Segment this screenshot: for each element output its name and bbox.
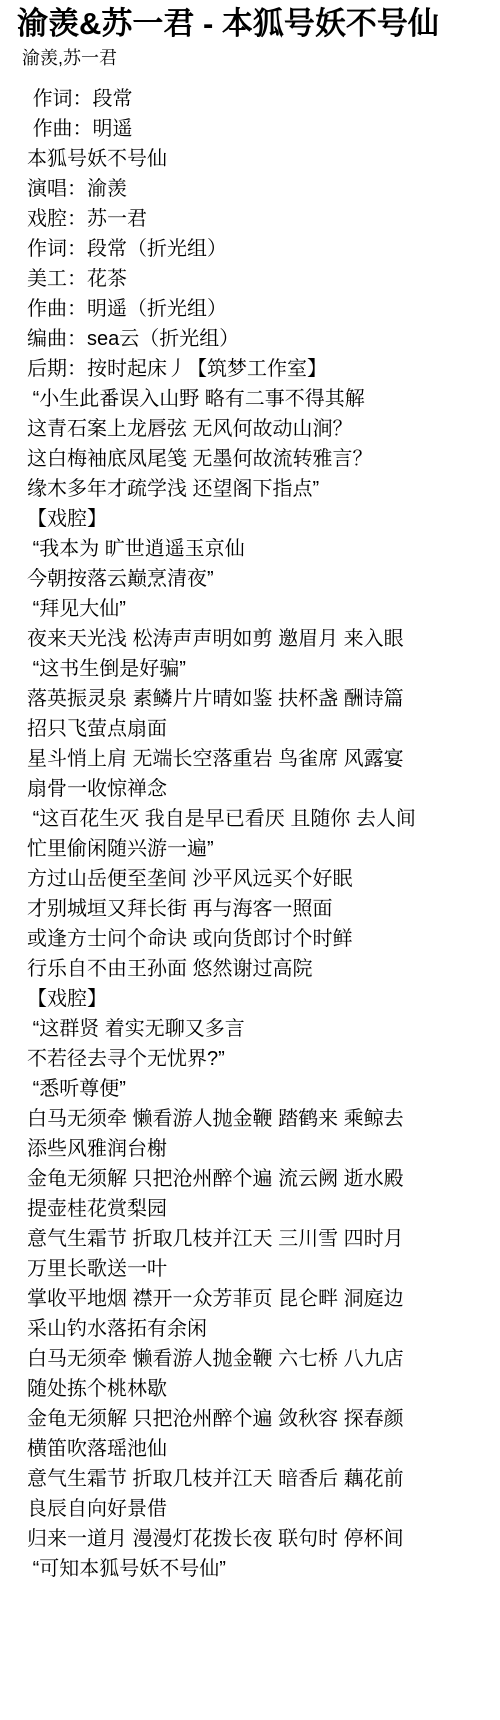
lyric-line: 【戏腔】 bbox=[27, 504, 496, 534]
lyric-line: 白马无须牵 懒看游人抛金鞭 踏鹤来 乘鲸去 bbox=[27, 1104, 496, 1134]
lyric-line: 作曲：明遥（折光组） bbox=[27, 294, 496, 324]
lyric-line: 编曲：sea云（折光组） bbox=[27, 324, 496, 354]
lyric-line: 落英振灵泉 素鳞片片晴如鉴 扶杯盏 酬诗篇 bbox=[27, 684, 496, 714]
lyric-line: 金龟无须解 只把沧州醉个遍 敛秋容 探春颜 bbox=[27, 1404, 496, 1434]
lyric-line: 金龟无须解 只把沧州醉个遍 流云阙 逝水殿 bbox=[27, 1164, 496, 1194]
lyric-line: 白马无须牵 懒看游人抛金鞭 六七桥 八九店 bbox=[27, 1344, 496, 1374]
lyric-line: 忙里偷闲随兴游一遍” bbox=[27, 834, 496, 864]
lyric-line: “可知本狐号妖不号仙” bbox=[27, 1554, 496, 1584]
lyric-line: 方过山岳便至垄间 沙平风远买个好眠 bbox=[27, 864, 496, 894]
lyric-line: “小生此番误入山野 略有二事不得其解 bbox=[27, 384, 496, 414]
lyric-line: 本狐号妖不号仙 bbox=[27, 144, 496, 174]
lyric-line: 这青石案上龙唇弦 无风何故动山涧？ bbox=[27, 414, 496, 444]
lyric-line: 或逢方士问个命诀 或向货郎讨个时鲜 bbox=[27, 924, 496, 954]
lyric-line: 行乐自不由王孙面 悠然谢过高院 bbox=[27, 954, 496, 984]
lyric-line: 【戏腔】 bbox=[27, 984, 496, 1014]
lyric-line: 戏腔：苏一君 bbox=[27, 204, 496, 234]
lyric-line: “这书生倒是好骗” bbox=[27, 654, 496, 684]
lyric-line: 作词：段常 bbox=[27, 84, 496, 114]
lyric-line: 扇骨一收惊禅念 bbox=[27, 774, 496, 804]
lyric-line: “拜见大仙” bbox=[27, 594, 496, 624]
lyric-line: 万里长歌送一叶 bbox=[27, 1254, 496, 1284]
lyric-line: “这百花生灭 我自是早已看厌 且随你 去人间 bbox=[27, 804, 496, 834]
lyric-line: 良辰自向好景借 bbox=[27, 1494, 496, 1524]
lyric-line: 提壶桂花赏梨园 bbox=[27, 1194, 496, 1224]
lyric-line: 添些风雅润台榭 bbox=[27, 1134, 496, 1164]
lyric-line: 归来一道月 漫漫灯花拨长夜 联句时 停杯间 bbox=[27, 1524, 496, 1554]
lyric-line: 才别城垣又拜长街 再与海客一照面 bbox=[27, 894, 496, 924]
lyric-line: 星斗悄上肩 无端长空落重岩 鸟雀席 风露宴 bbox=[27, 744, 496, 774]
lyric-line: 作词：段常（折光组） bbox=[27, 234, 496, 264]
lyric-line: 招只飞萤点扇面 bbox=[27, 714, 496, 744]
lyric-line: 采山钓水落拓有余闲 bbox=[27, 1314, 496, 1344]
lyric-line: 不若径去寻个无忧界?” bbox=[27, 1044, 496, 1074]
lyric-line: 意气生霜节 折取几枝并江天 三川雪 四时月 bbox=[27, 1224, 496, 1254]
lyric-line: 夜来天光浅 松涛声声明如剪 邀眉月 来入眼 bbox=[27, 624, 496, 654]
lyric-line: 后期：按时起床丿【筑梦工作室】 bbox=[27, 354, 496, 384]
lyric-line: 掌收平地烟 襟开一众芳菲页 昆仑畔 洞庭边 bbox=[27, 1284, 496, 1314]
lyric-line: 缘木多年才疏学浅 还望阁下指点” bbox=[27, 474, 496, 504]
page-title: 渝羡&苏一君 - 本狐号妖不号仙 bbox=[17, 4, 492, 44]
lyric-line: 演唱：渝羡 bbox=[27, 174, 496, 204]
lyric-line: “这群贤 着实无聊又多言 bbox=[27, 1014, 496, 1044]
lyric-line: 意气生霜节 折取几枝并江天 暗香后 藕花前 bbox=[27, 1464, 496, 1494]
lyric-line: “悉听尊便” bbox=[27, 1074, 496, 1104]
artist-names: 渝羡,苏一君 bbox=[22, 46, 117, 70]
lyrics-block: 作词：段常 作曲：明遥本狐号妖不号仙演唱：渝羡戏腔：苏一君作词：段常（折光组）美… bbox=[27, 84, 496, 1584]
lyric-line: 随处拣个桃林歇 bbox=[27, 1374, 496, 1404]
lyric-line: 横笛吹落瑶池仙 bbox=[27, 1434, 496, 1464]
lyric-line: 这白梅袖底凤尾笺 无墨何故流转雅言？ bbox=[27, 444, 496, 474]
lyric-line: “我本为 旷世逍遥玉京仙 bbox=[27, 534, 496, 564]
lyric-line: 美工：花茶 bbox=[27, 264, 496, 294]
lyric-line: 今朝按落云巅烹清夜” bbox=[27, 564, 496, 594]
lyric-line: 作曲：明遥 bbox=[27, 114, 496, 144]
